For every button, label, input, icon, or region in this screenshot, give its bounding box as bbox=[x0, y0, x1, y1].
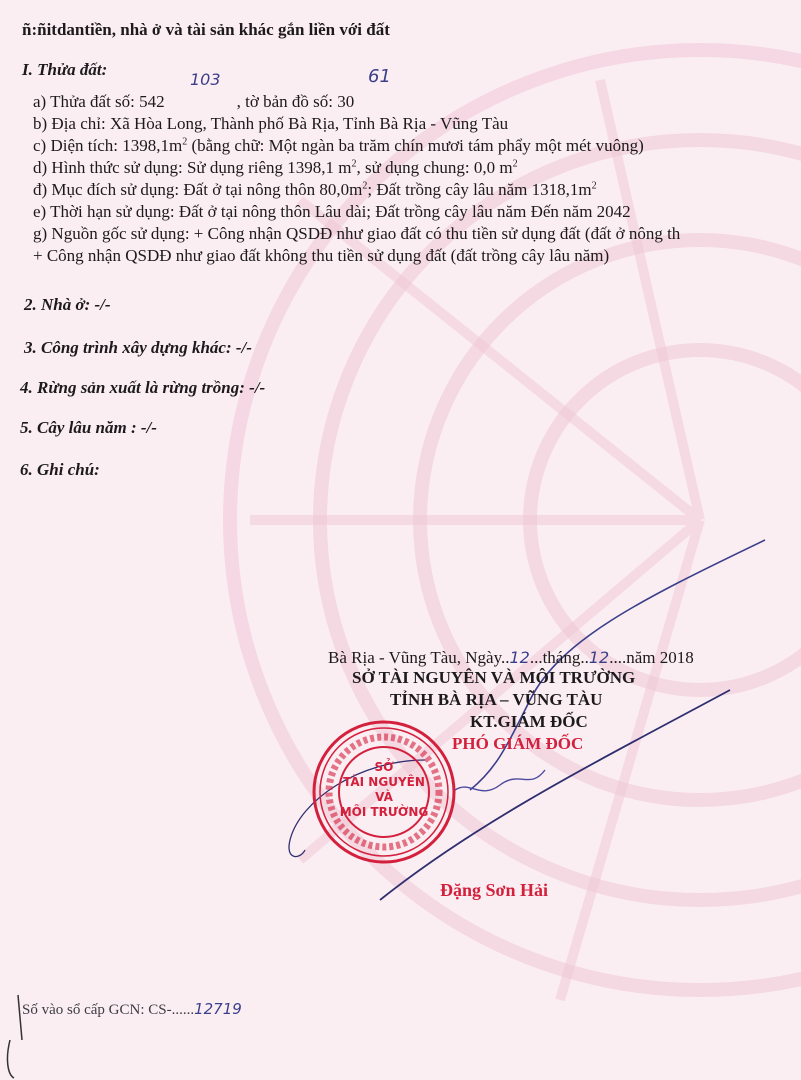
section-land-parcel-title: I. Thửa đất: bbox=[22, 60, 107, 80]
signer-title: PHÓ GIÁM ĐỐC bbox=[452, 734, 583, 754]
usage-purpose-line: đ) Mục đích sử dụng: Đất ở tại nông thôn… bbox=[33, 180, 597, 200]
handwritten-map-number: 61 bbox=[368, 66, 391, 87]
usage-term-line: e) Thời hạn sử dụng: Đất ở tại nông thôn… bbox=[33, 202, 631, 222]
usage-origin-line-1: g) Nguồn gốc sử dụng: + Công nhận QSDĐ n… bbox=[33, 224, 680, 244]
handwritten-parcel-number: 103 bbox=[190, 70, 221, 89]
signer-name: Đặng Sơn Hải bbox=[440, 880, 548, 901]
map-sheet-number: , tờ bản đồ số: 30 bbox=[237, 92, 355, 111]
official-stamp: SỞ TÀI NGUYÊN VÀ MÔI TRƯỜNG bbox=[310, 718, 458, 866]
issuing-province: TỈNH BÀ RỊA – VŨNG TÀU bbox=[390, 690, 602, 710]
document-header: ñ:ñitdantiền, nhà ở và tài sản khác gắn … bbox=[22, 20, 390, 40]
signer-title-acting: KT.GIÁM ĐỐC bbox=[470, 712, 588, 732]
section-other-construction: 3. Công trình xây dựng khác: -/- bbox=[24, 338, 252, 358]
section-house: 2. Nhà ở: -/- bbox=[24, 295, 111, 315]
issuing-department: SỞ TÀI NGUYÊN VÀ MÔI TRƯỜNG bbox=[352, 668, 635, 688]
parcel-number-line: a) Thửa đất số: 542, tờ bản đồ số: 30 bbox=[33, 92, 354, 112]
area-line: c) Diện tích: 1398,1m2 (bằng chữ: Một ng… bbox=[33, 136, 644, 156]
stamp-text: SỞ TÀI NGUYÊN VÀ MÔI TRƯỜNG bbox=[310, 760, 458, 820]
usage-origin-line-2: + Công nhận QSDĐ như giao đất không thu … bbox=[33, 246, 609, 266]
issue-month: 12 bbox=[589, 648, 609, 667]
issue-day: 12 bbox=[509, 648, 529, 667]
parcel-number: a) Thửa đất số: 542 bbox=[33, 92, 165, 111]
section-notes: 6. Ghi chú: bbox=[20, 460, 100, 480]
issue-date-line: Bà Rịa - Vũng Tàu, Ngày..12...tháng..12.… bbox=[328, 648, 694, 668]
certificate-register-number: Số vào sổ cấp GCN: CS-......12719 bbox=[22, 1000, 242, 1019]
section-production-forest: 4. Rừng sản xuất là rừng trồng: -/- bbox=[20, 378, 265, 398]
address-line: b) Địa chỉ: Xã Hòa Long, Thành phố Bà Rị… bbox=[33, 114, 508, 134]
section-perennial-trees: 5. Cây lâu năm : -/- bbox=[20, 418, 157, 438]
usage-form-line: d) Hình thức sử dụng: Sử dụng riêng 1398… bbox=[33, 158, 518, 178]
